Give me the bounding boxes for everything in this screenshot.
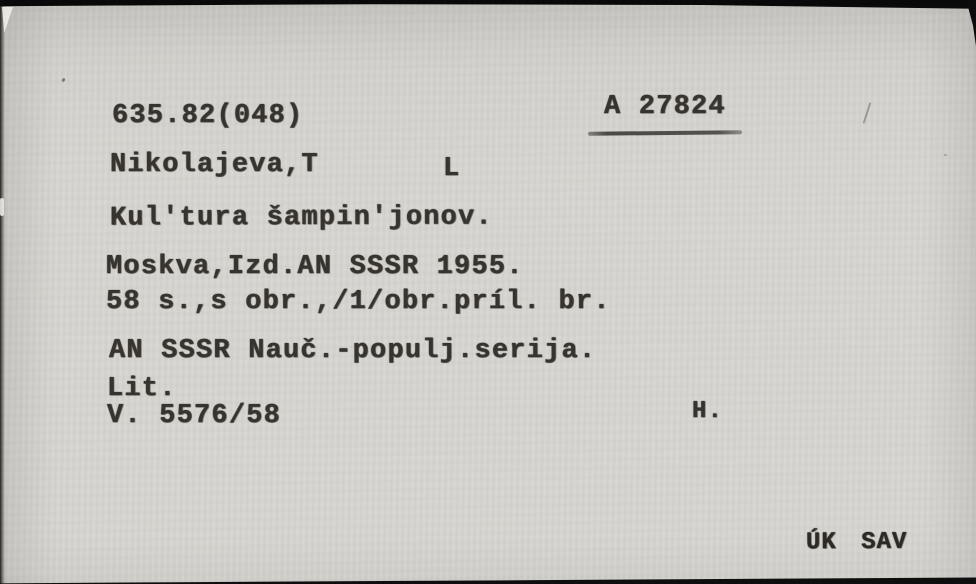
accession-number: A 27824 <box>604 94 726 121</box>
paper-speck <box>944 154 947 156</box>
pencil-mark <box>863 102 872 124</box>
card-edge-top <box>0 0 976 10</box>
author-heading: Nikolajeva,T <box>110 152 319 179</box>
paper-speck <box>61 78 66 83</box>
edge-notch <box>0 198 4 216</box>
catalog-card-scan: 635.82(048) A 27824 Nikolajeva,T L Kul't… <box>0 0 976 584</box>
card-edge-bottom <box>0 576 976 584</box>
hand-mark: H. <box>692 400 723 424</box>
literature-note: Lit. <box>107 376 177 403</box>
imprint-line: Moskva,Izd.AN SSSR 1955. <box>106 254 524 281</box>
accession-underline <box>588 130 742 136</box>
shelf-number: V. 5576/58 <box>107 403 281 430</box>
series-line: AN SSSR Nauč.-populj.serija. <box>109 338 596 365</box>
classification-number: 635.82(048) <box>112 103 303 130</box>
letter-mark: L <box>443 156 460 183</box>
collation-line: 58 s.,s obr.,/1/obr.príl. br. <box>106 289 611 316</box>
title-line: Kul'tura šampin'jonov. <box>110 204 493 232</box>
library-stamp: ÚK SAV <box>806 531 908 556</box>
card-edge-left <box>0 0 5 584</box>
